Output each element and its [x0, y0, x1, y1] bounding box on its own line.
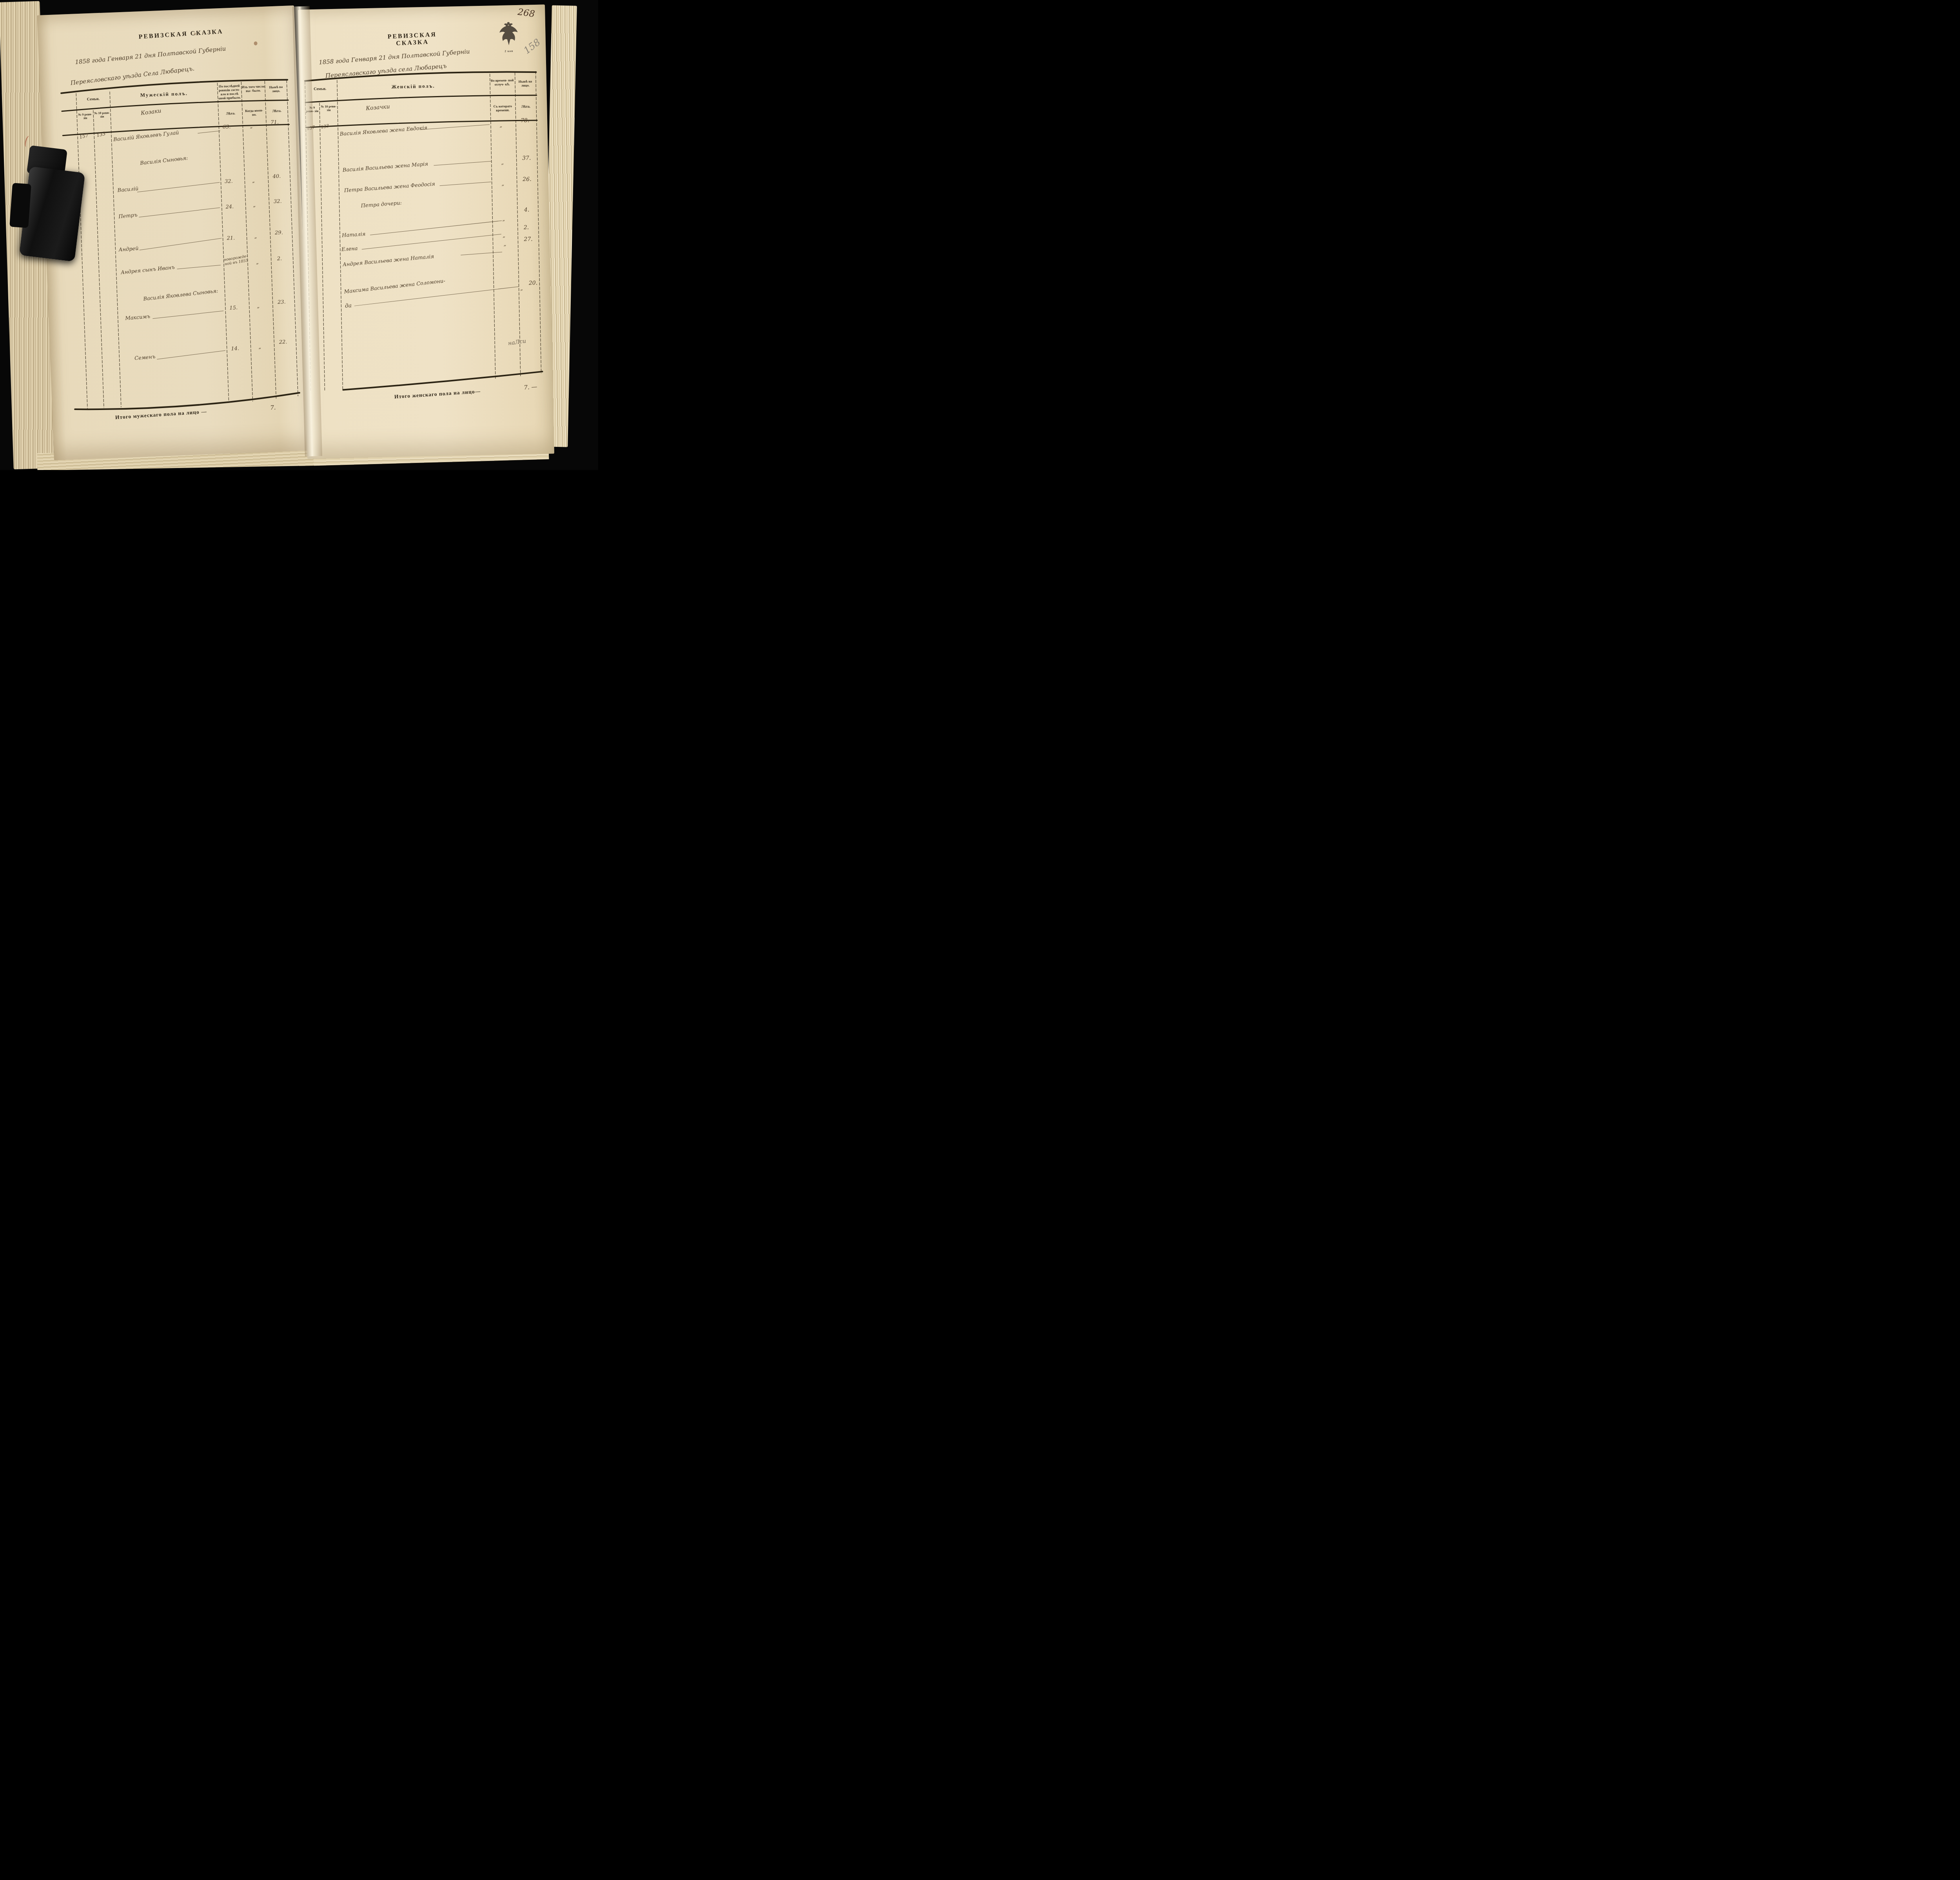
- row-age: 4.: [524, 207, 530, 213]
- left-col-rev10: № 10 реви- зіи: [94, 111, 110, 119]
- right-col-rev10: № 10 реви- зіи: [321, 105, 336, 113]
- ditto-mark: „: [253, 202, 256, 208]
- ditto-mark: „: [501, 160, 504, 166]
- right-col-absence: Во времен- ной отлуч- кѣ.: [490, 78, 514, 86]
- row-age-last: 21.: [227, 235, 235, 241]
- left-col-rev9: № 9 реви- зіи: [78, 113, 93, 120]
- ditto-mark: „: [250, 123, 252, 129]
- right-total-value: 7. —: [524, 383, 537, 391]
- right-col-now: Нынѣ на лицо.: [516, 79, 535, 87]
- left-col-now-sub: Лѣта.: [267, 109, 286, 113]
- left-col-last-revision: По послѣдней ревизіи состо- яло и послѣ …: [217, 83, 242, 100]
- book-scan-photo: РЕВИЗСКАЯ СКАЗКА 1858 года Генваря 21 дн…: [0, 0, 598, 470]
- left-page: РЕВИЗСКАЯ СКАЗКА 1858 года Генваря 21 дн…: [37, 5, 311, 460]
- revenue-stamp: 2 коп: [496, 21, 521, 54]
- left-col-now: Нынѣ на лицо.: [266, 85, 287, 93]
- row-age: 78.: [521, 117, 530, 123]
- ditto-mark: „: [252, 178, 255, 184]
- double-headed-eagle-icon: [497, 21, 520, 48]
- ditto-mark: „: [503, 233, 505, 239]
- row-name-continued: да: [345, 303, 352, 309]
- ditto-mark: „: [501, 181, 504, 187]
- row-name: Елена: [341, 246, 358, 253]
- left-col-last-revision-sub: Лѣта.: [219, 111, 242, 116]
- row-age-now: 22.: [279, 339, 287, 345]
- row-age-now: 71.: [270, 120, 279, 126]
- ditto-mark: „: [256, 259, 259, 265]
- stamp-caption: 2 коп: [497, 49, 521, 53]
- ditto-mark: „: [520, 286, 523, 292]
- ditto-mark: „: [502, 216, 505, 222]
- row-age-last: 24.: [225, 204, 234, 210]
- ditto-mark: „: [258, 344, 261, 350]
- row-age: 26.: [523, 176, 532, 182]
- row-age-last: 63.: [222, 124, 230, 130]
- right-page: РЕВИЗСКАЯ СКАЗКА 1858 года Генваря 21 дн…: [298, 5, 554, 459]
- ditto-mark: „: [254, 234, 257, 240]
- left-col-departed: Изъ того числа вы- было.: [242, 84, 265, 93]
- right-col-absence-sub: Съ котораго времени.: [491, 104, 514, 112]
- row-age: 20.: [529, 280, 538, 286]
- row-age-last: 32.: [225, 178, 233, 185]
- row-age-now: 32.: [274, 198, 282, 205]
- row-age: 37.: [522, 155, 531, 161]
- left-col-departed-sub: Когда имен- но.: [243, 108, 265, 117]
- binder-clip-tab: [9, 183, 31, 228]
- row-age-now: 23.: [278, 299, 286, 305]
- right-col-now-sub: Лѣта.: [517, 104, 534, 109]
- left-total-value: 7.: [270, 404, 276, 411]
- ditto-mark: „: [504, 241, 506, 247]
- row-age-now: 40.: [272, 173, 281, 180]
- row-age: 27.: [524, 236, 533, 242]
- row-age-last: 14.: [231, 346, 239, 352]
- ditto-mark: „: [257, 303, 260, 309]
- row-age-now: 29.: [275, 230, 283, 236]
- row-age-now: 2.: [277, 256, 282, 261]
- ditto-mark: „: [499, 123, 502, 129]
- row-age-last: 15.: [229, 305, 238, 311]
- row-age: 2.: [524, 225, 529, 231]
